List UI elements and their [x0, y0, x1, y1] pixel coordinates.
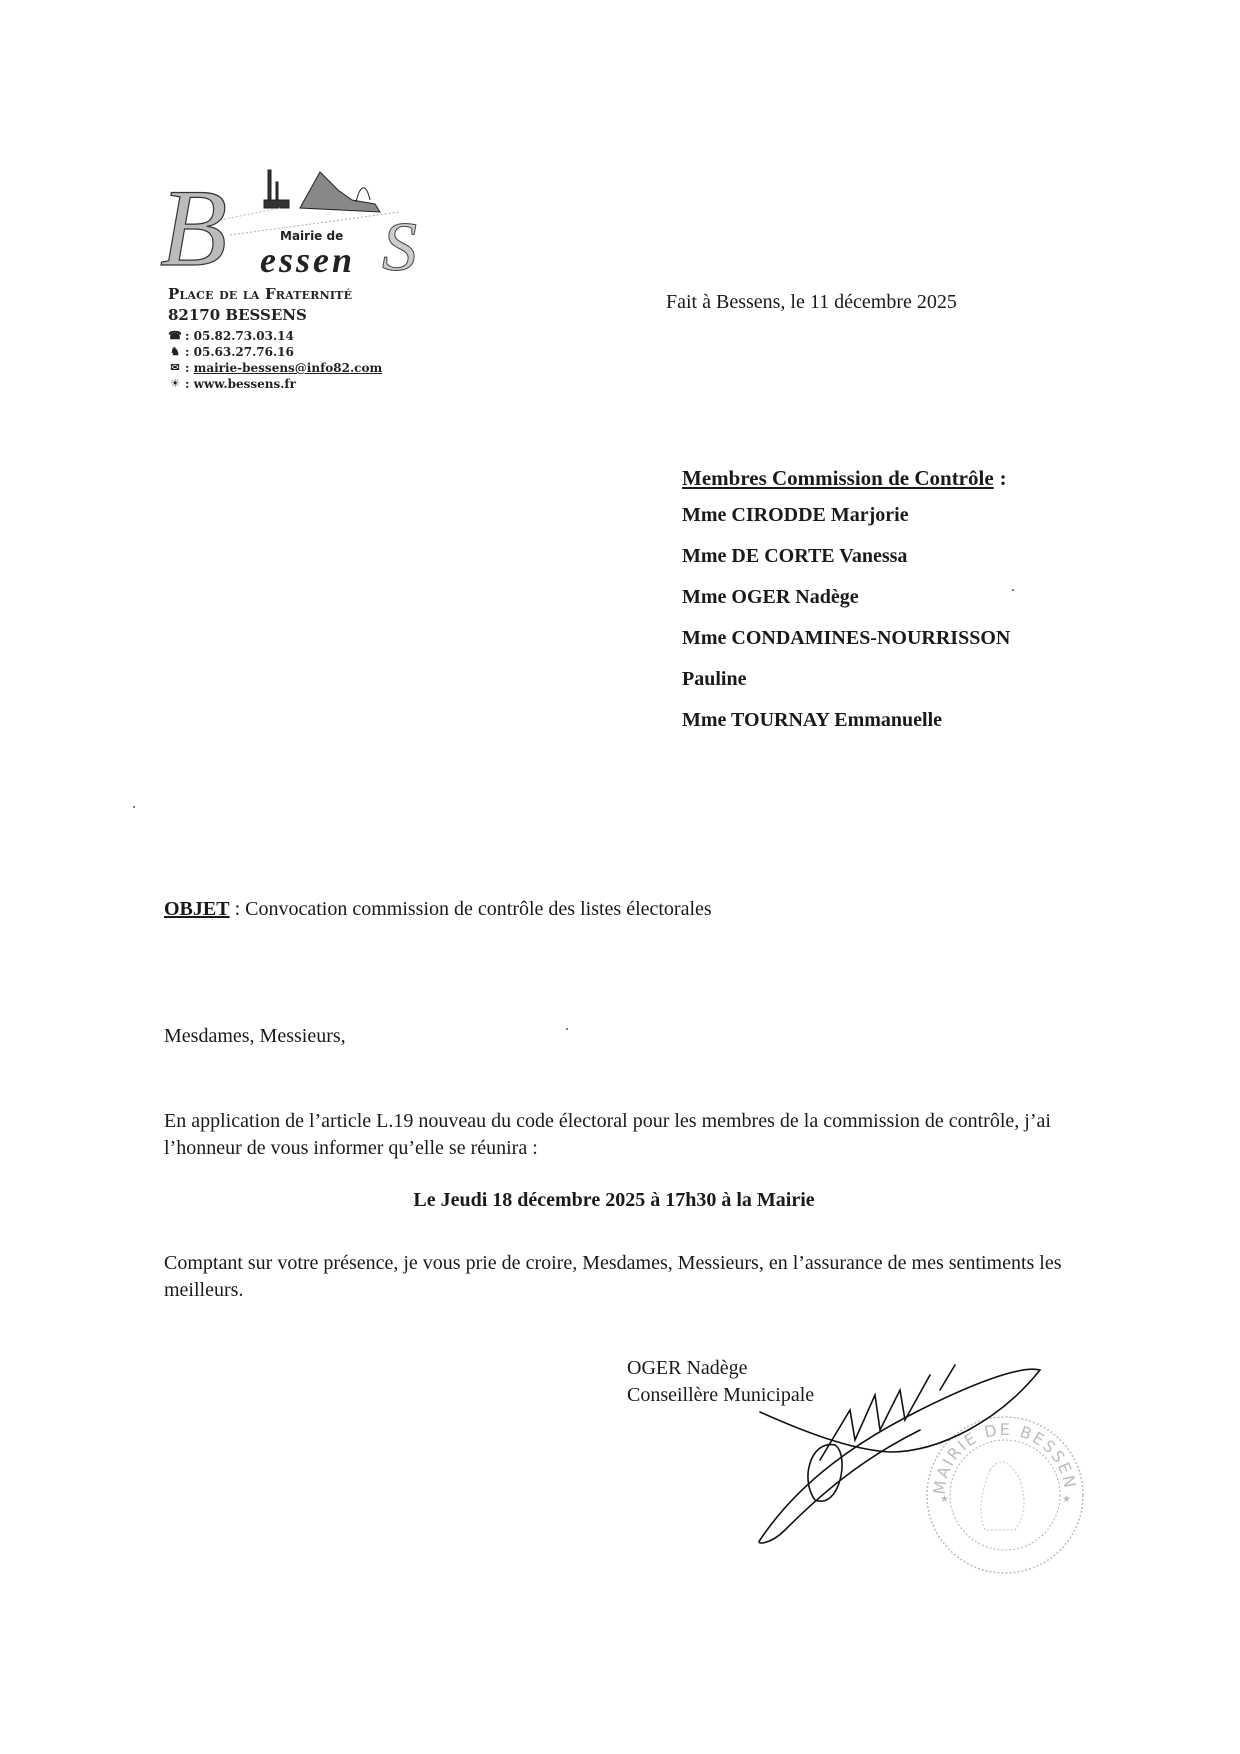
scan-speck [133, 806, 135, 808]
phone-number: 05.82.73.03.14 [194, 328, 294, 344]
contact-fax: ♞ : 05.63.27.76.16 [168, 344, 382, 360]
recipient-item: Pauline [682, 667, 1010, 708]
web-icon: ☀ [168, 376, 182, 392]
contact-email: ✉ : mairie-bessens@info82.com [168, 360, 382, 376]
contact-phone: ☎ : 05.82.73.03.14 [168, 328, 382, 344]
recipient-item: Mme OGER Nadège [682, 585, 1010, 626]
letter-date: Fait à Bessens, le 11 décembre 2025 [666, 291, 957, 314]
contact-list: ☎ : 05.82.73.03.14 ♞ : 05.63.27.76.16 ✉ … [168, 328, 382, 392]
website-link[interactable]: www.bessens.fr [194, 376, 296, 392]
scan-speck [566, 1028, 568, 1030]
body-paragraph-2: Comptant sur votre présence, je vous pri… [164, 1250, 1064, 1304]
body-paragraph-1: En application de l’article L.19 nouveau… [164, 1108, 1064, 1162]
bessens-logo-icon: B Mairie de essen S [160, 160, 450, 280]
email-link[interactable]: mairie-bessens@info82.com [194, 360, 383, 376]
subject-text: : Convocation commission de contrôle des… [230, 898, 712, 920]
contact-website: ☀ : www.bessens.fr [168, 376, 382, 392]
fax-icon: ♞ [168, 344, 182, 360]
subject-label: OBJET [164, 898, 230, 920]
meeting-details: Le Jeudi 18 décembre 2025 à 17h30 à la M… [164, 1189, 1064, 1212]
phone-icon: ☎ [168, 328, 182, 344]
address-street: Place de la Fraternité [168, 285, 382, 303]
recipient-item: Mme CIRODDE Marjorie [682, 503, 1010, 544]
handwritten-signature [740, 1360, 1060, 1550]
svg-text:essen: essen [260, 240, 355, 280]
salutation: Mesdames, Messieurs, [164, 1025, 346, 1048]
recipients-block: Membres Commission de Contrôle: Mme CIRO… [682, 466, 1010, 749]
recipient-item: Mme DE CORTE Vanessa [682, 544, 1010, 585]
address-postal: 82170 BESSENS [168, 306, 382, 324]
svg-text:★: ★ [1062, 1494, 1071, 1505]
municipality-logo: B Mairie de essen S [160, 160, 450, 280]
scan-speck [1012, 589, 1014, 591]
recipient-item: Mme CONDAMINES-NOURRISSON [682, 626, 1010, 667]
letterhead-address: Place de la Fraternité 82170 BESSENS ☎ :… [168, 285, 382, 392]
signature-icon [740, 1360, 1060, 1550]
svg-text:B: B [160, 167, 227, 280]
svg-text:S: S [382, 209, 417, 280]
email-icon: ✉ [168, 360, 182, 376]
recipients-heading: Membres Commission de Contrôle: [682, 466, 1010, 491]
recipient-item: Mme TOURNAY Emmanuelle [682, 708, 1010, 749]
letter-subject: OBJET : Convocation commission de contrô… [164, 898, 712, 921]
fax-number: 05.63.27.76.16 [194, 344, 294, 360]
